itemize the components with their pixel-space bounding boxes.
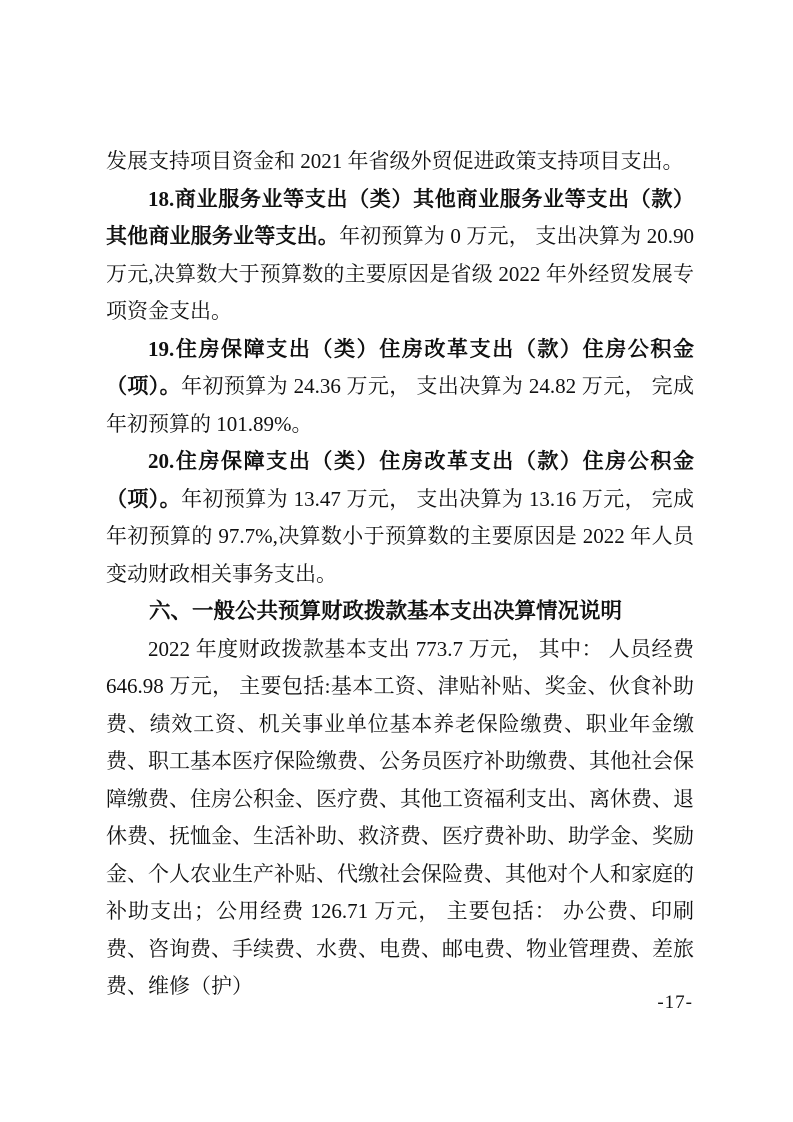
paragraph-continuation: 发展支持项目资金和 2021 年省级外贸促进政策支持项目支出。 [106, 143, 694, 181]
item-18-paragraph: 18.商业服务业等支出（类）其他商业服务业等支出（款）其他商业服务业等支出。年初… [106, 181, 694, 331]
item-19-body: 年初预算为 24.36 万元， 支出决算为 24.82 万元， 完成年初预算的 … [106, 374, 694, 436]
text-content: 发展支持项目资金和 2021 年省级外贸促进政策支持项目支出。 18.商业服务业… [106, 143, 694, 1006]
item-20-body: 年初预算为 13.47 万元， 支出决算为 13.16 万元， 完成年初预算的 … [106, 487, 694, 586]
section-6-body-paragraph: 2022 年度财政拨款基本支出 773.7 万元， 其中： 人员经费 646.9… [106, 631, 694, 1006]
page-number: -17- [657, 992, 693, 1014]
item-20-paragraph: 20.住房保障支出（类）住房改革支出（款）住房公积金（项）。年初预算为 13.4… [106, 443, 694, 593]
section-6-heading: 六、一般公共预算财政拨款基本支出决算情况说明 [106, 593, 694, 631]
item-19-paragraph: 19.住房保障支出（类）住房改革支出（款）住房公积金（项）。年初预算为 24.3… [106, 331, 694, 444]
document-page: 发展支持项目资金和 2021 年省级外贸促进政策支持项目支出。 18.商业服务业… [0, 0, 793, 1122]
